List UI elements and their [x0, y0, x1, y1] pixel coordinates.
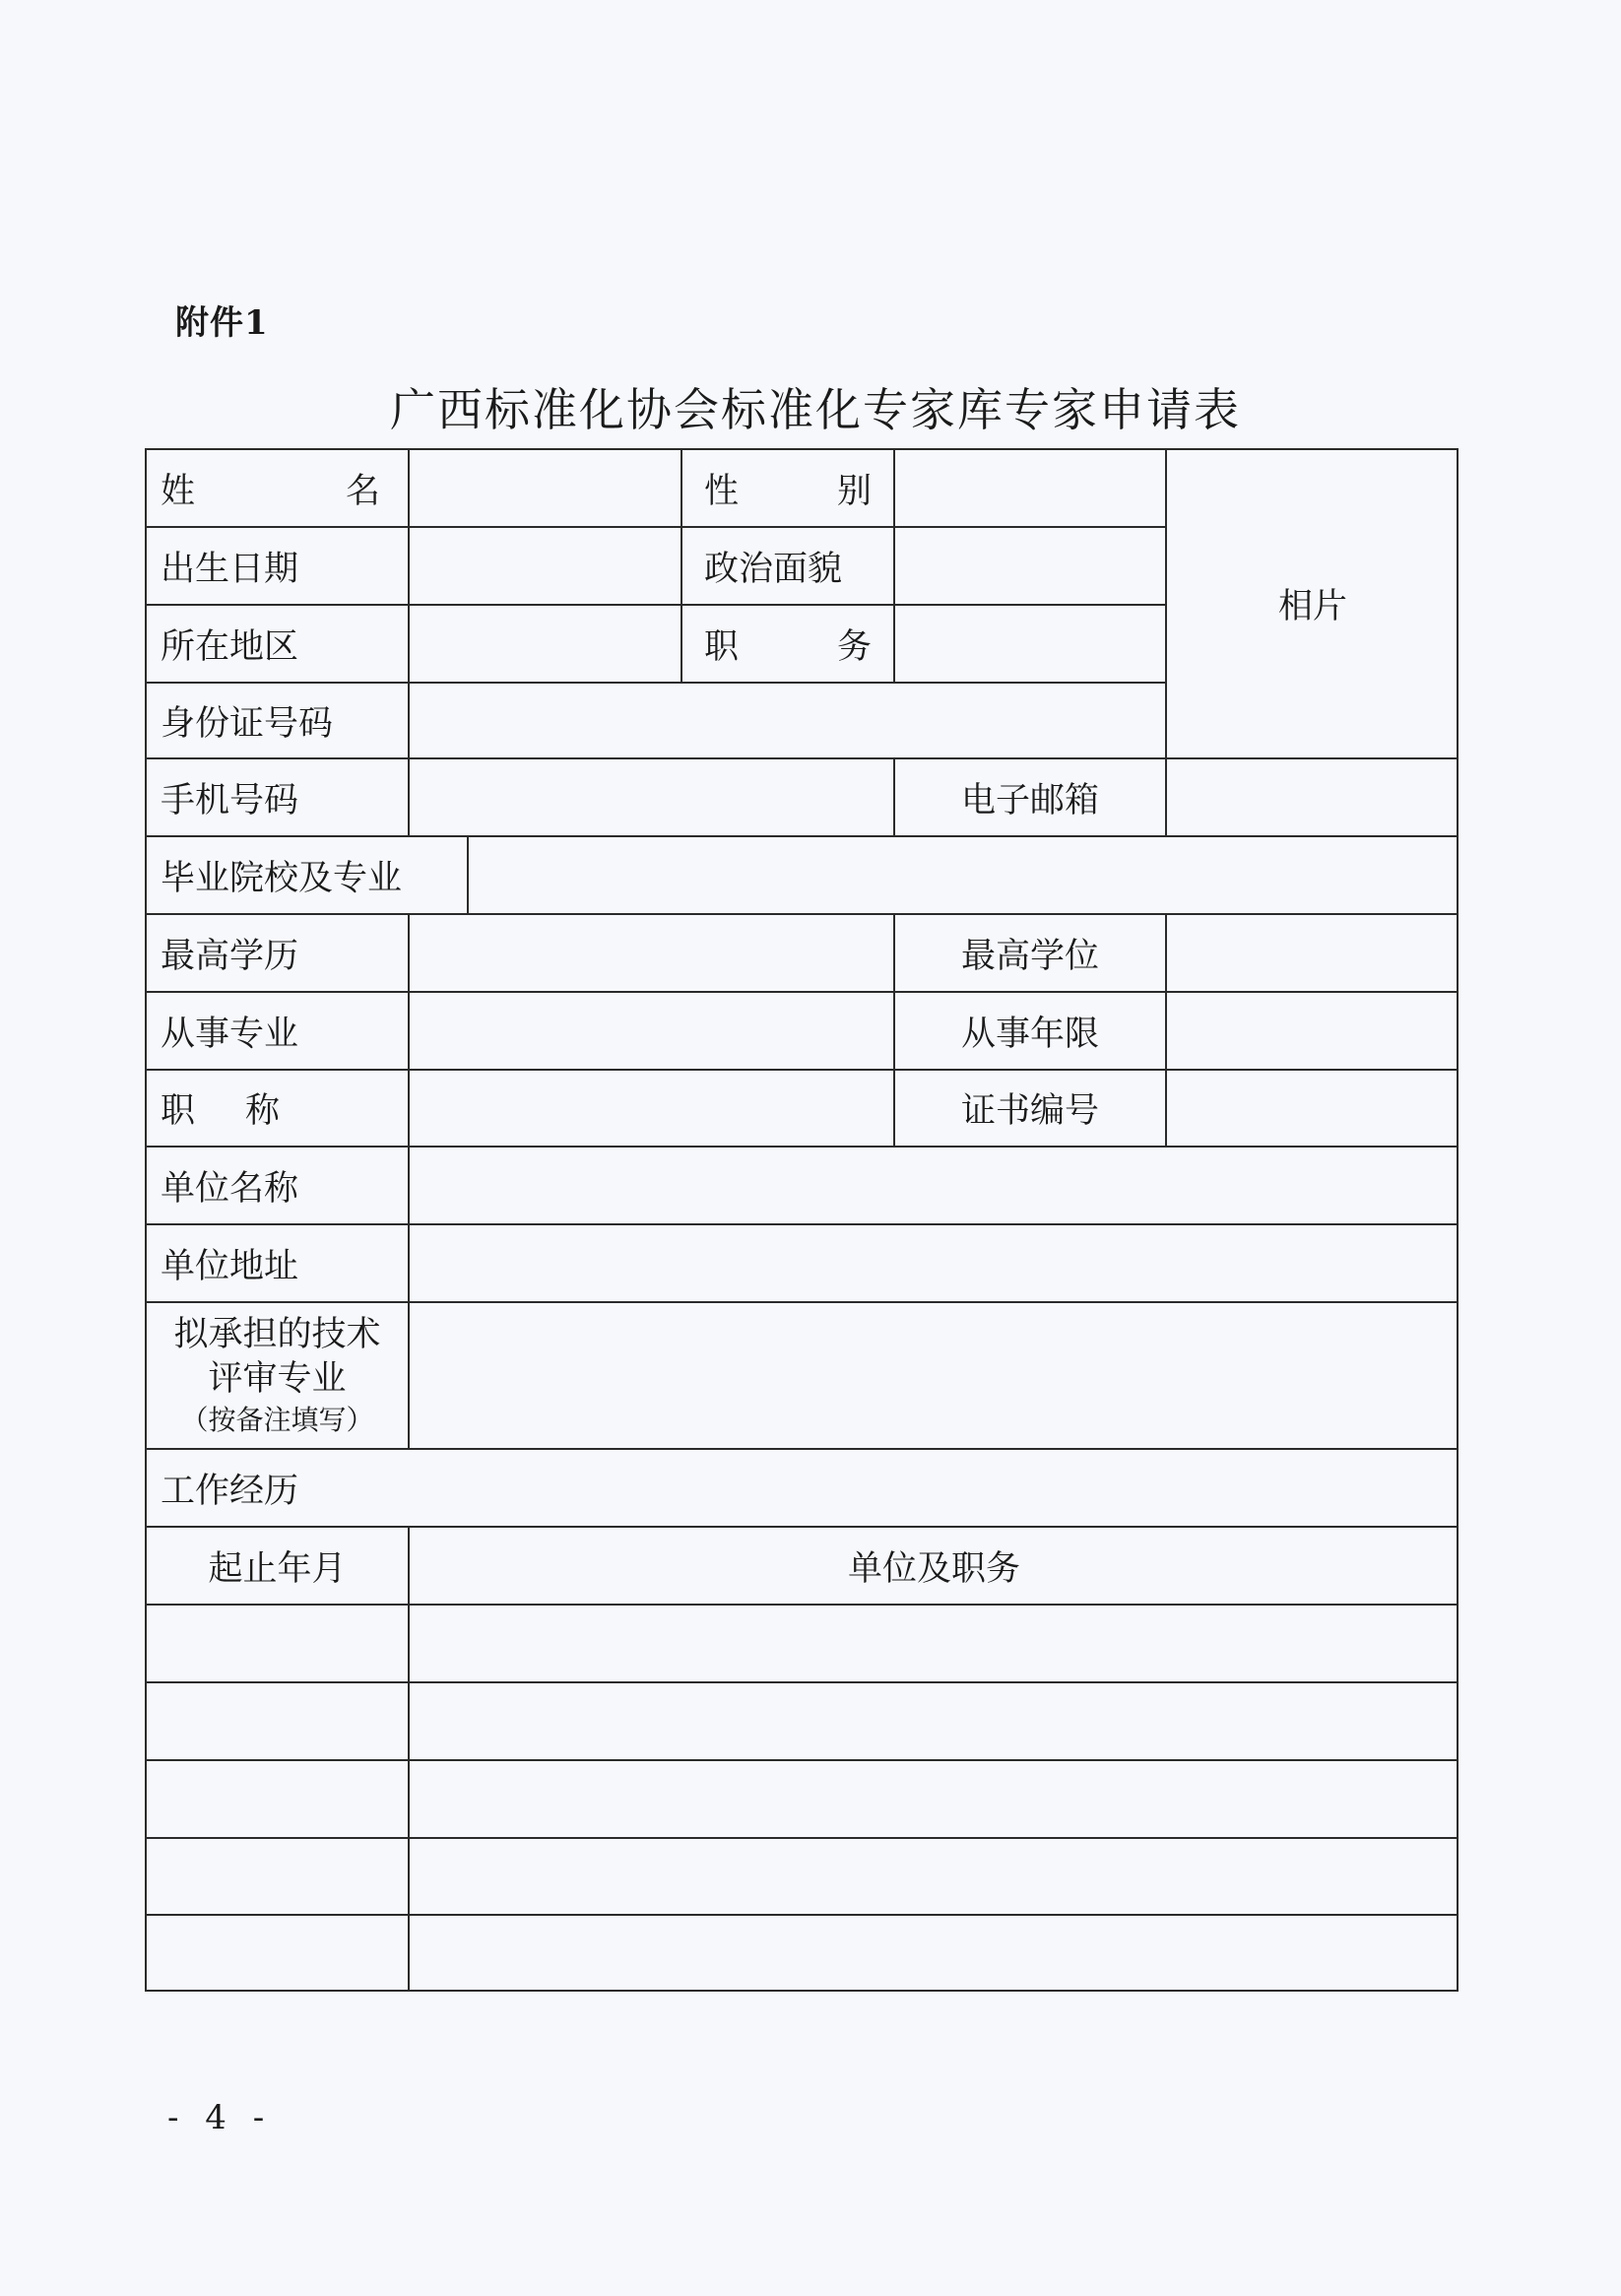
review-specialty-field[interactable] — [410, 1303, 1459, 1450]
region-label-cell: 所在地区 — [147, 606, 410, 684]
work-history-row-1-employer[interactable] — [410, 1606, 1459, 1683]
specialty-field[interactable] — [410, 993, 895, 1071]
certificate-no-label: 证书编号 — [961, 1083, 1099, 1133]
employer-position-header-label: 单位及职务 — [848, 1542, 1020, 1591]
title-rank-label-b: 称 — [245, 1083, 280, 1133]
email-label-cell: 电子邮箱 — [895, 759, 1167, 837]
form-title: 广西标准化协会标准化专家库专家申请表 — [0, 374, 1621, 439]
title-rank-label-cell: 职称 — [147, 1071, 410, 1148]
school-major-label-cell: 毕业院校及专业 — [147, 837, 469, 915]
region-field[interactable] — [410, 606, 682, 684]
political-status-label: 政治面貌 — [682, 542, 842, 591]
education-field[interactable] — [410, 915, 895, 993]
region-label: 所在地区 — [147, 620, 298, 669]
work-history-row-1-period[interactable] — [147, 1606, 410, 1683]
birth-date-label: 出生日期 — [147, 542, 298, 591]
mobile-label: 手机号码 — [147, 773, 298, 822]
name-label-cell: 姓名 — [147, 450, 410, 528]
years-label-cell: 从事年限 — [895, 993, 1167, 1071]
work-history-row-2-employer[interactable] — [410, 1683, 1459, 1761]
education-label-cell: 最高学历 — [147, 915, 410, 993]
gender-label-b: 别 — [837, 464, 872, 513]
political-status-field[interactable] — [895, 528, 1167, 606]
work-history-row-4-period[interactable] — [147, 1839, 410, 1916]
school-major-label: 毕业院校及专业 — [147, 851, 402, 900]
political-status-label-cell: 政治面貌 — [682, 528, 895, 606]
name-field[interactable] — [410, 450, 682, 528]
name-label-b: 名 — [346, 464, 380, 513]
position-label-b: 务 — [837, 620, 872, 669]
certificate-no-field[interactable] — [1167, 1071, 1459, 1148]
application-form-table: 姓名 性别 相片 出生日期 政治面貌 所在地区 职务 身份证号码 手机号码 电子… — [145, 448, 1459, 1992]
work-history-row-3-period[interactable] — [147, 1761, 410, 1839]
review-specialty-note: （按备注填写） — [180, 1403, 373, 1438]
years-field[interactable] — [1167, 993, 1459, 1071]
gender-label-cell: 性别 — [682, 450, 895, 528]
id-number-field[interactable] — [410, 684, 1167, 759]
employer-address-label: 单位地址 — [147, 1239, 298, 1288]
photo-label: 相片 — [1278, 579, 1347, 628]
certificate-no-label-cell: 证书编号 — [895, 1071, 1167, 1148]
id-number-label-cell: 身份证号码 — [147, 684, 410, 759]
education-label: 最高学历 — [147, 929, 298, 978]
title-rank-label-a: 职 — [161, 1083, 195, 1133]
specialty-label-cell: 从事专业 — [147, 993, 410, 1071]
review-specialty-label-line1: 拟承担的技术 — [173, 1313, 380, 1358]
school-major-field[interactable] — [469, 837, 1459, 915]
mobile-label-cell: 手机号码 — [147, 759, 410, 837]
gender-label-a: 性 — [704, 464, 739, 513]
photo-box[interactable]: 相片 — [1167, 450, 1459, 759]
employer-address-field[interactable] — [410, 1225, 1459, 1303]
work-history-row-5-employer[interactable] — [410, 1916, 1459, 1990]
degree-field[interactable] — [1167, 915, 1459, 993]
period-header-label: 起止年月 — [208, 1542, 346, 1591]
degree-label-cell: 最高学位 — [895, 915, 1167, 993]
specialty-label: 从事专业 — [147, 1007, 298, 1056]
employer-position-column-header: 单位及职务 — [410, 1528, 1459, 1606]
work-history-row-2-period[interactable] — [147, 1683, 410, 1761]
employer-name-label-cell: 单位名称 — [147, 1148, 410, 1225]
work-history-row-3-employer[interactable] — [410, 1761, 1459, 1839]
position-label-cell: 职务 — [682, 606, 895, 684]
review-specialty-label-line2: 评审专业 — [208, 1357, 346, 1403]
page-number: - 4 - — [167, 2098, 272, 2137]
work-history-row-5-period[interactable] — [147, 1916, 410, 1990]
work-history-row-4-employer[interactable] — [410, 1839, 1459, 1916]
title-rank-field[interactable] — [410, 1071, 895, 1148]
name-label-a: 姓 — [161, 464, 195, 513]
email-label: 电子邮箱 — [961, 773, 1099, 822]
id-number-label: 身份证号码 — [147, 696, 333, 746]
annex-label: 附件1 — [175, 295, 269, 344]
years-label: 从事年限 — [961, 1007, 1099, 1056]
position-label-a: 职 — [704, 620, 739, 669]
gender-field[interactable] — [895, 450, 1167, 528]
employer-name-label: 单位名称 — [147, 1161, 298, 1211]
birth-date-label-cell: 出生日期 — [147, 528, 410, 606]
employer-name-field[interactable] — [410, 1148, 1459, 1225]
work-history-section-header: 工作经历 — [147, 1450, 1459, 1528]
work-history-label: 工作经历 — [147, 1464, 298, 1513]
mobile-field[interactable] — [410, 759, 895, 837]
email-field[interactable] — [1167, 759, 1459, 837]
period-column-header: 起止年月 — [147, 1528, 410, 1606]
review-specialty-label-cell: 拟承担的技术 评审专业 （按备注填写） — [147, 1303, 410, 1450]
degree-label: 最高学位 — [961, 929, 1099, 978]
employer-address-label-cell: 单位地址 — [147, 1225, 410, 1303]
birth-date-field[interactable] — [410, 528, 682, 606]
position-field[interactable] — [895, 606, 1167, 684]
